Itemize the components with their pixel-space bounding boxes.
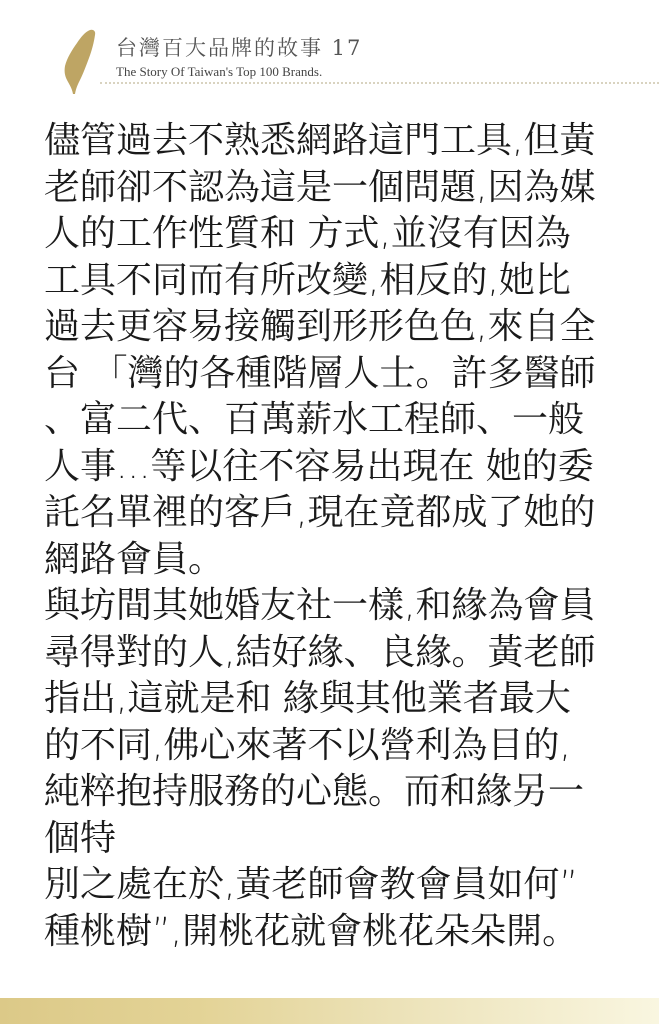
header-subtitle: The Story Of Taiwan's Top 100 Brands. [116,64,322,80]
article-line: 純粹抱持服務的心態。而和緣另一 [44,769,634,816]
article-line: 尋得對的人,結好緣、良緣。黃老師 [44,630,634,677]
article-line: 的不同,佛心來著不以營利為目的, [44,723,634,770]
article-line: 人事...等以往不容易出現在 她的委 [44,444,634,491]
article-line: 與坊間其她婚友社一樣,和緣為會員 [44,583,634,630]
article-line: 網路會員。 [44,537,634,584]
footer-gradient-bar [0,998,659,1024]
article-line: 老師卻不認為這是一個問題,因為媒 [44,165,634,212]
article-line: 指出,這就是和 緣與其他業者最大 [44,676,634,723]
article-body: 儘管過去不熟悉網路這門工具,但黃 老師卻不認為這是一個問題,因為媒 人的工作性質… [44,118,634,955]
article-line: 工具不同而有所改變,相反的,她比 [44,258,634,305]
header-title: 台灣百大品牌的故事 17 [116,32,362,62]
article-line: 個特 [44,816,634,863]
article-line: 儘管過去不熟悉網路這門工具,但黃 [44,118,634,165]
article-line: 種桃樹”,開桃花就會桃花朵朵開。 [44,909,634,956]
article-line: 別之處在於,黃老師會教會員如何” [44,862,634,909]
article-line: 台 「灣的各種階層人士。許多醫師 [44,351,634,398]
taiwan-map-icon [62,28,100,96]
header-divider [100,82,659,84]
page-header: 台灣百大品牌的故事 17 The Story Of Taiwan's Top 1… [0,0,659,100]
article-line: 人的工作性質和 方式,並沒有因為 [44,211,634,258]
article-line: 、富二代、百萬薪水工程師、一般 [44,397,634,444]
article-line: 託名單裡的客戶,現在竟都成了她的 [44,490,634,537]
article-line: 過去更容易接觸到形形色色,來自全 [44,304,634,351]
